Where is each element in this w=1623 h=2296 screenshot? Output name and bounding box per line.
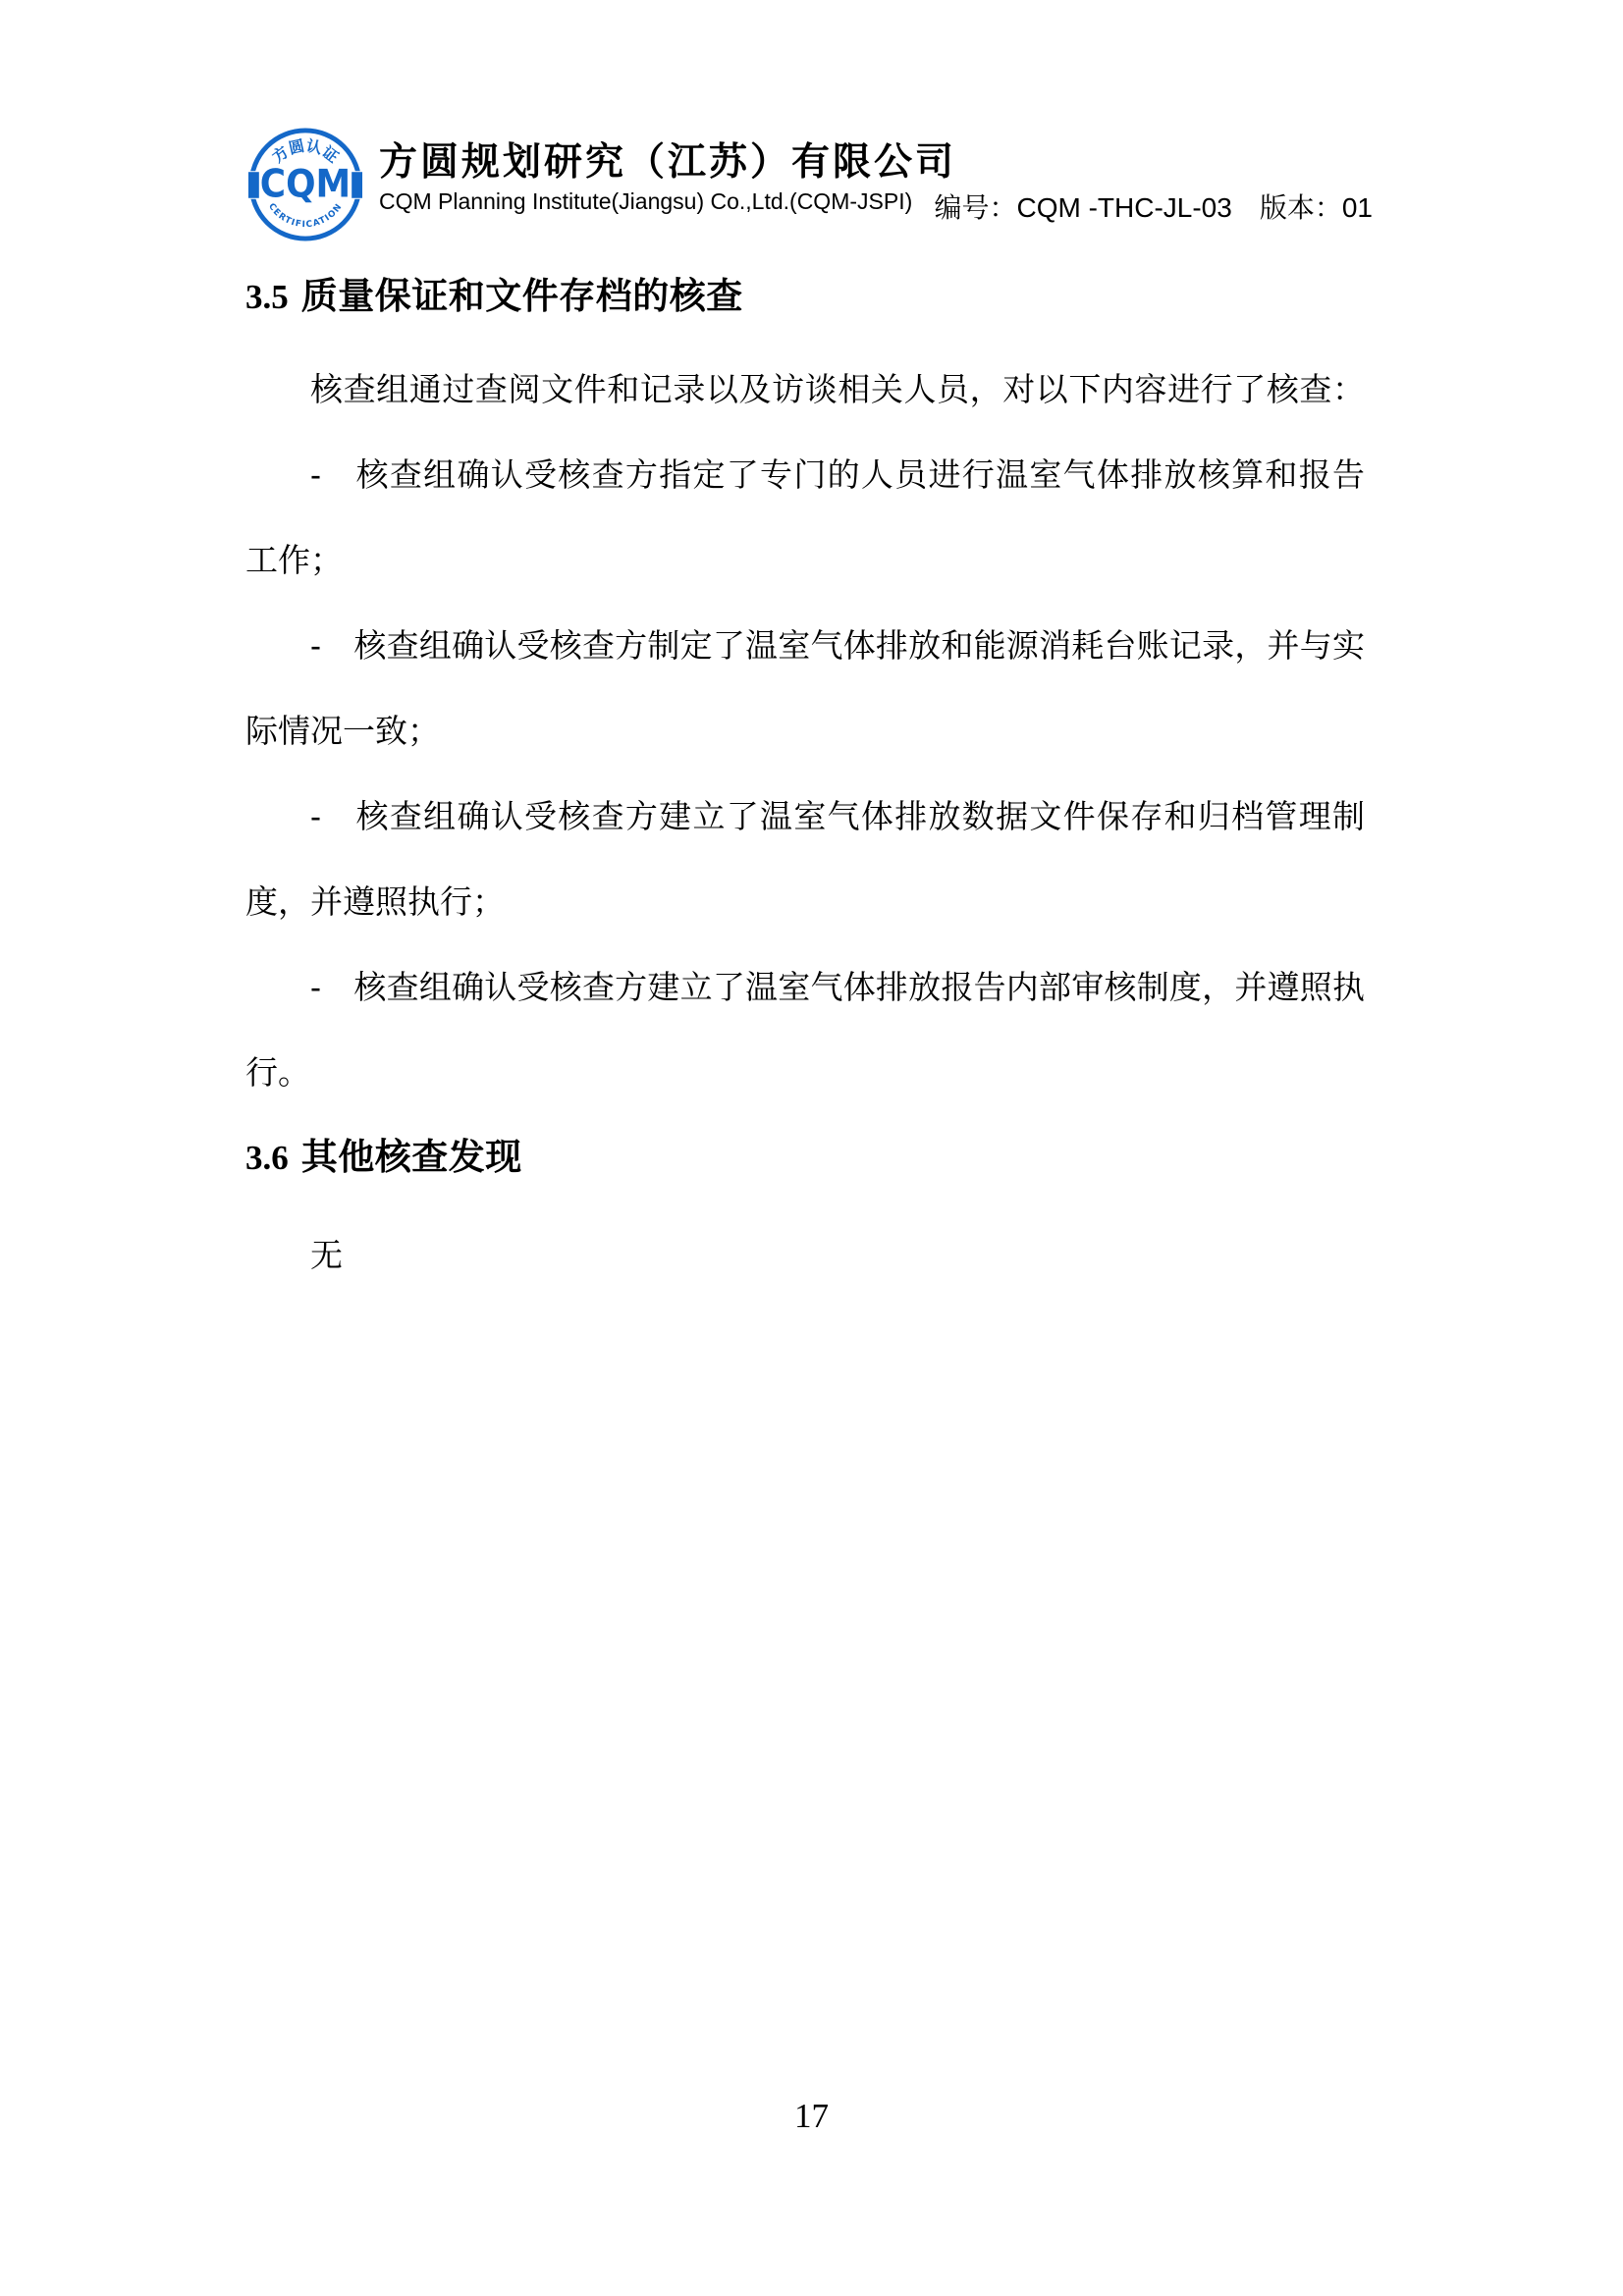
doc-version-label: 版本： xyxy=(1260,192,1342,223)
section-heading-3-6: 3.6其他核查发现 xyxy=(245,1135,1365,1188)
section-3-5-body: 核查组通过查阅文件和记录以及访谈相关人员，对以下内容进行了核查： - 核查组确认… xyxy=(245,347,1365,1115)
paragraph-line: 度，并遵照执行； xyxy=(245,859,1365,944)
page-number: 17 xyxy=(0,2095,1623,2138)
company-name-cn: 方圆规划研究（江苏）有限公司 xyxy=(379,139,956,185)
doc-number-value: CQM -THC-JL-03 xyxy=(1016,192,1231,223)
doc-meta-line: 编号：CQM -THC-JL-03版本：01 xyxy=(934,190,1373,226)
doc-version-value: 01 xyxy=(1342,192,1373,223)
bullet-line: - 核查组确认受核查方建立了温室气体排放数据文件保存和归档管理制 xyxy=(245,774,1365,859)
section-3-6-content: 无 xyxy=(245,1212,1365,1298)
bullet-line: - 核查组确认受核查方指定了专门的人员进行温室气体排放核算和报告 xyxy=(245,432,1365,517)
document-page: 方圆认证 CQM CERTIFICATION 方圆规划研究（江苏）有限公司 CQ… xyxy=(0,0,1623,2296)
bullet-line: - 核查组确认受核查方建立了温室气体排放报告内部审核制度，并遵照执 xyxy=(245,944,1365,1030)
cqm-logo-icon: 方圆认证 CQM CERTIFICATION xyxy=(247,127,363,242)
paragraph-line: 工作； xyxy=(245,517,1365,603)
section-heading-3-5: 3.5质量保证和文件存档的核查 xyxy=(245,274,1365,327)
company-name-block: 方圆规划研究（江苏）有限公司 CQM Planning Institute(Ji… xyxy=(379,139,956,215)
doc-number-label: 编号： xyxy=(934,192,1016,223)
section-number: 3.5 xyxy=(245,278,289,316)
logo-letters: CQM xyxy=(260,161,351,206)
paragraph-line: 行。 xyxy=(245,1030,1365,1115)
company-name-en: CQM Planning Institute(Jiangsu) Co.,Ltd.… xyxy=(379,187,956,215)
section-number: 3.6 xyxy=(245,1139,289,1177)
bullet-line: - 核查组确认受核查方制定了温室气体排放和能源消耗台账记录，并与实 xyxy=(245,603,1365,688)
section-title: 质量保证和文件存档的核查 xyxy=(301,276,743,316)
paragraph-line: 核查组通过查阅文件和记录以及访谈相关人员，对以下内容进行了核查： xyxy=(245,347,1365,432)
section-title: 其他核查发现 xyxy=(301,1137,522,1177)
paragraph-line: 际情况一致； xyxy=(245,688,1365,774)
